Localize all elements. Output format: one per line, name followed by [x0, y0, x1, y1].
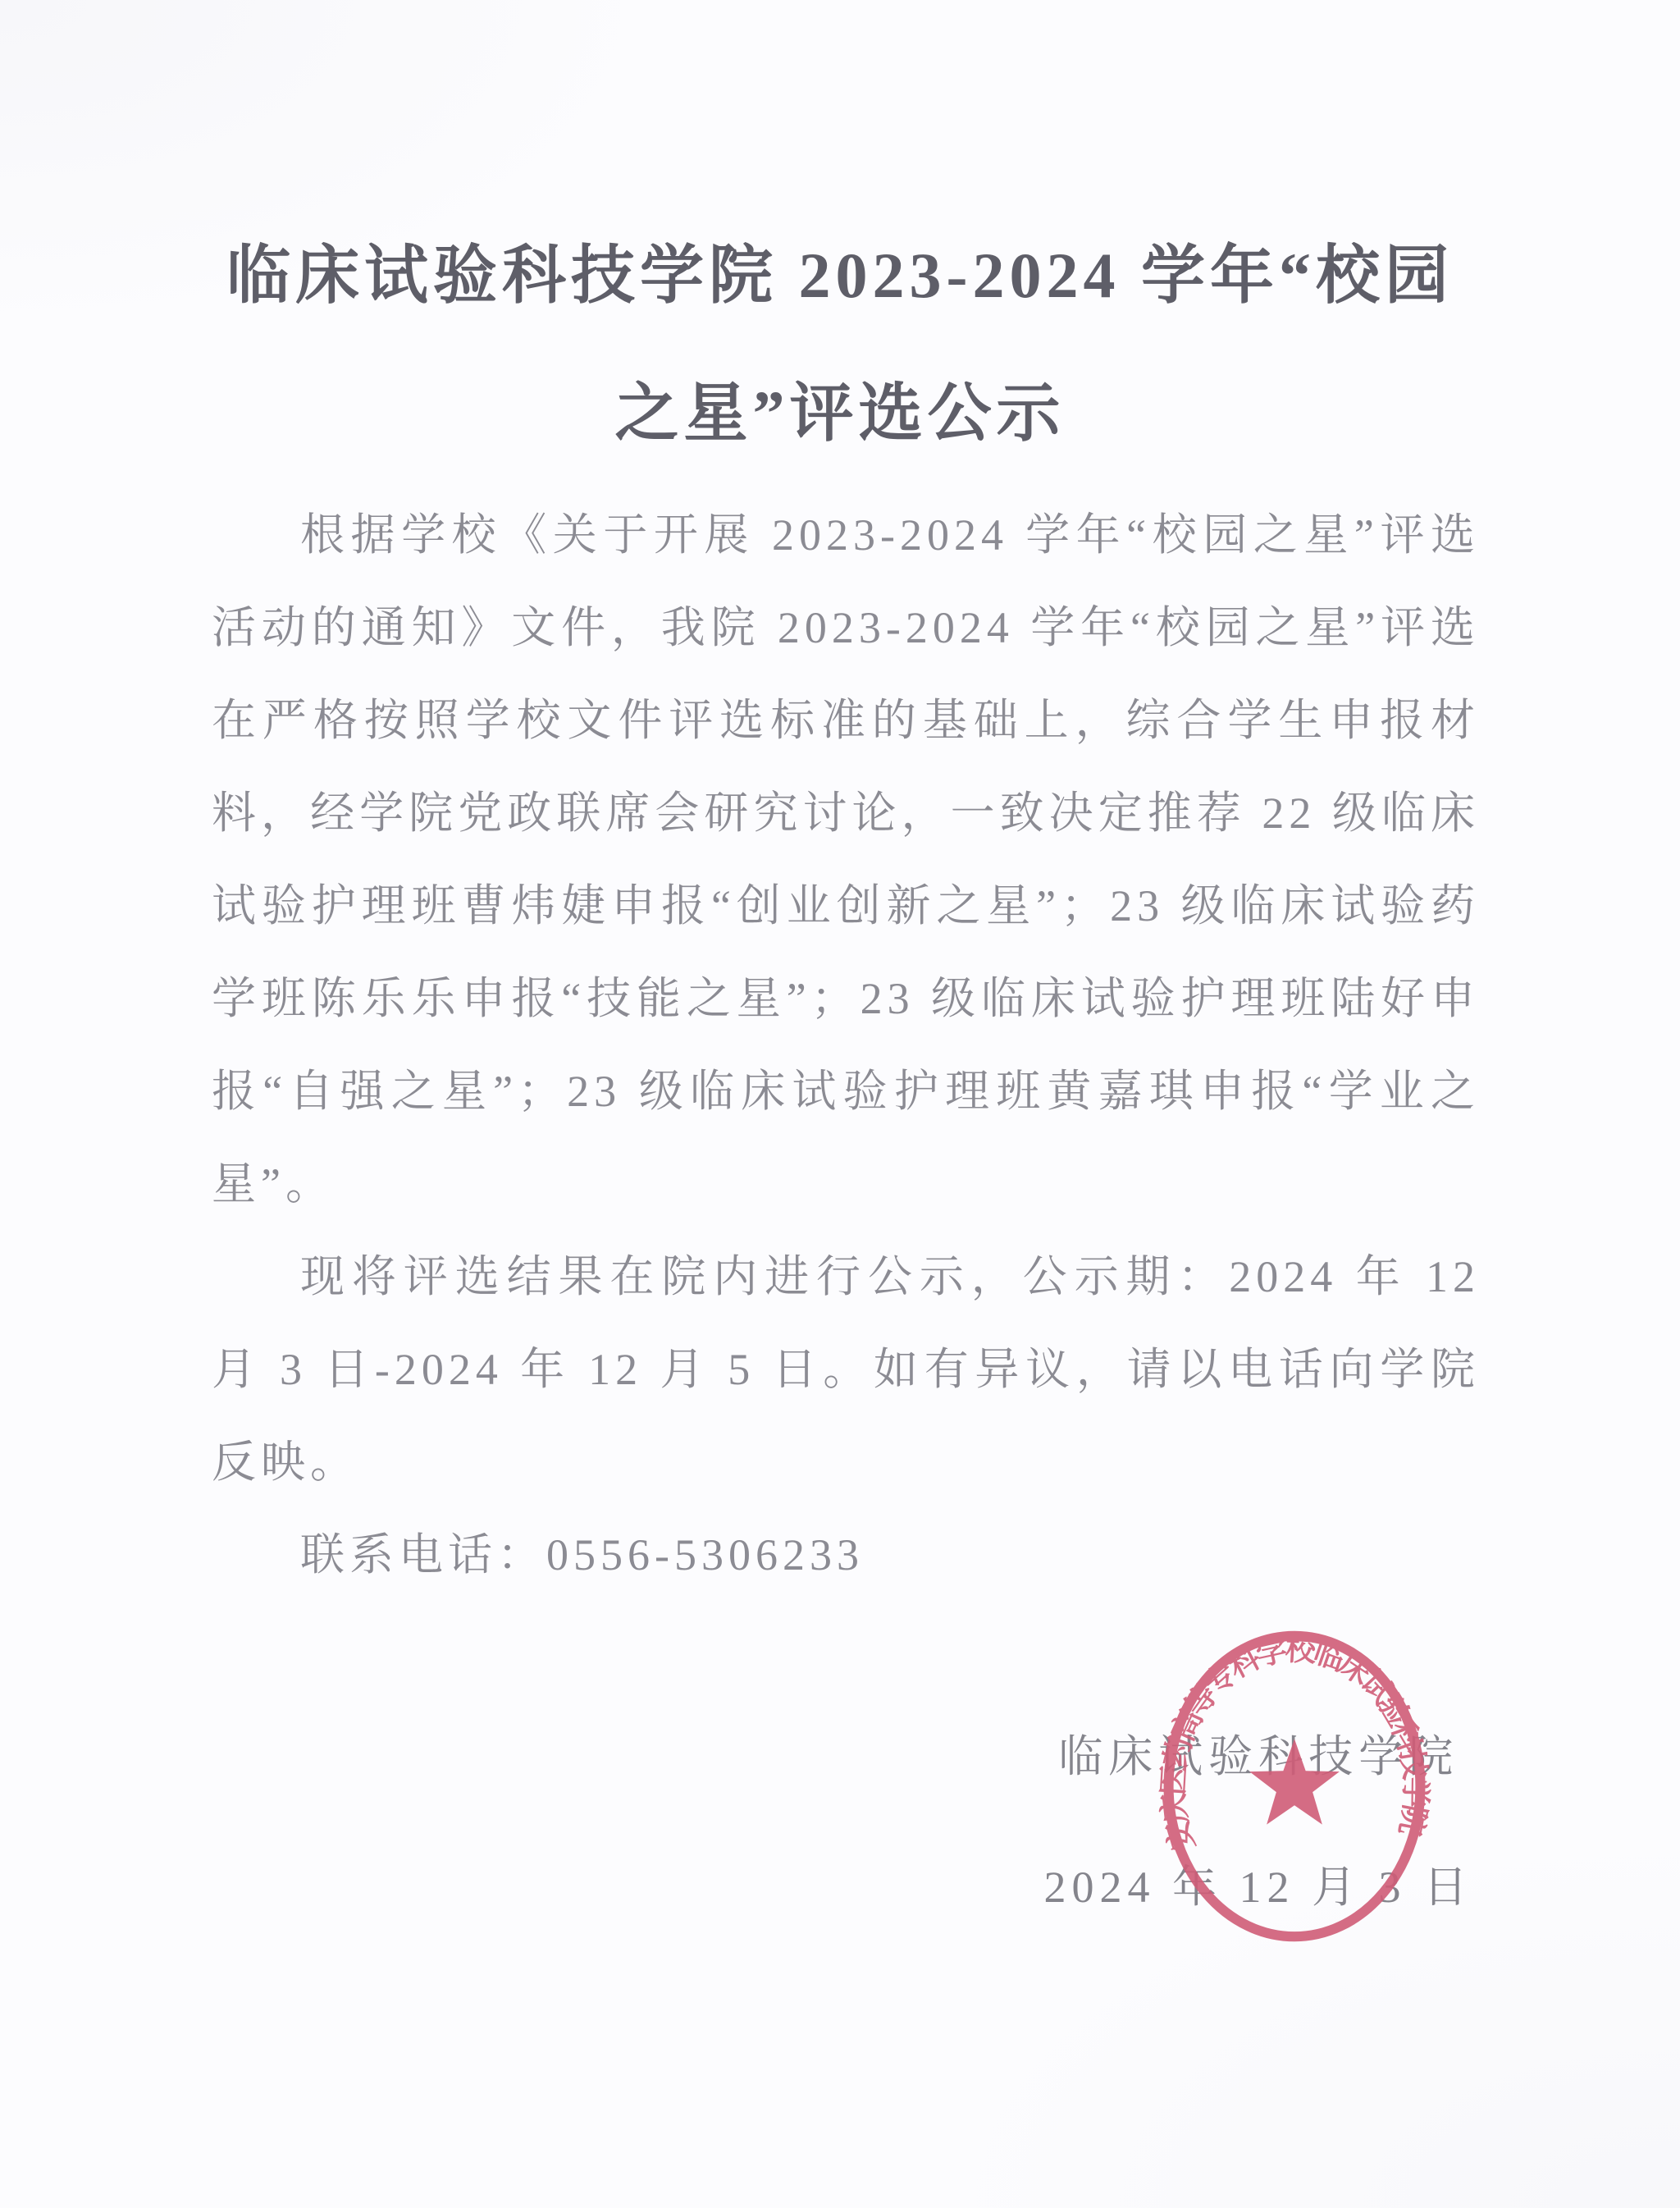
- paragraph-contact-phone: 联系电话：0556-5306233: [212, 1509, 1480, 1602]
- paragraph-selection-decision: 根据学校《关于开展 2023-2024 学年“校园之星”评选活动的通知》文件，我…: [212, 489, 1480, 1231]
- paragraph-publicity-period: 现将评选结果在院内进行公示，公示期：2024 年 12 月 3 日-2024 年…: [212, 1231, 1480, 1509]
- document-body: 根据学校《关于开展 2023-2024 学年“校园之星”评选活动的通知》文件，我…: [212, 489, 1480, 1602]
- official-seal: 安庆医药高等专科学校临床试验科技学院: [1142, 1605, 1447, 1968]
- scanned-document-page: 临床试验科技学院 2023-2024 学年“校园 之星”评选公示 根据学校《关于…: [0, 0, 1680, 2208]
- title-line-1: 临床试验科技学院 2023-2024 学年“校园: [90, 207, 1590, 345]
- title-line-2: 之星”评选公示: [90, 345, 1590, 482]
- document-title: 临床试验科技学院 2023-2024 学年“校园 之星”评选公示: [90, 207, 1590, 482]
- star-icon: [1249, 1739, 1340, 1824]
